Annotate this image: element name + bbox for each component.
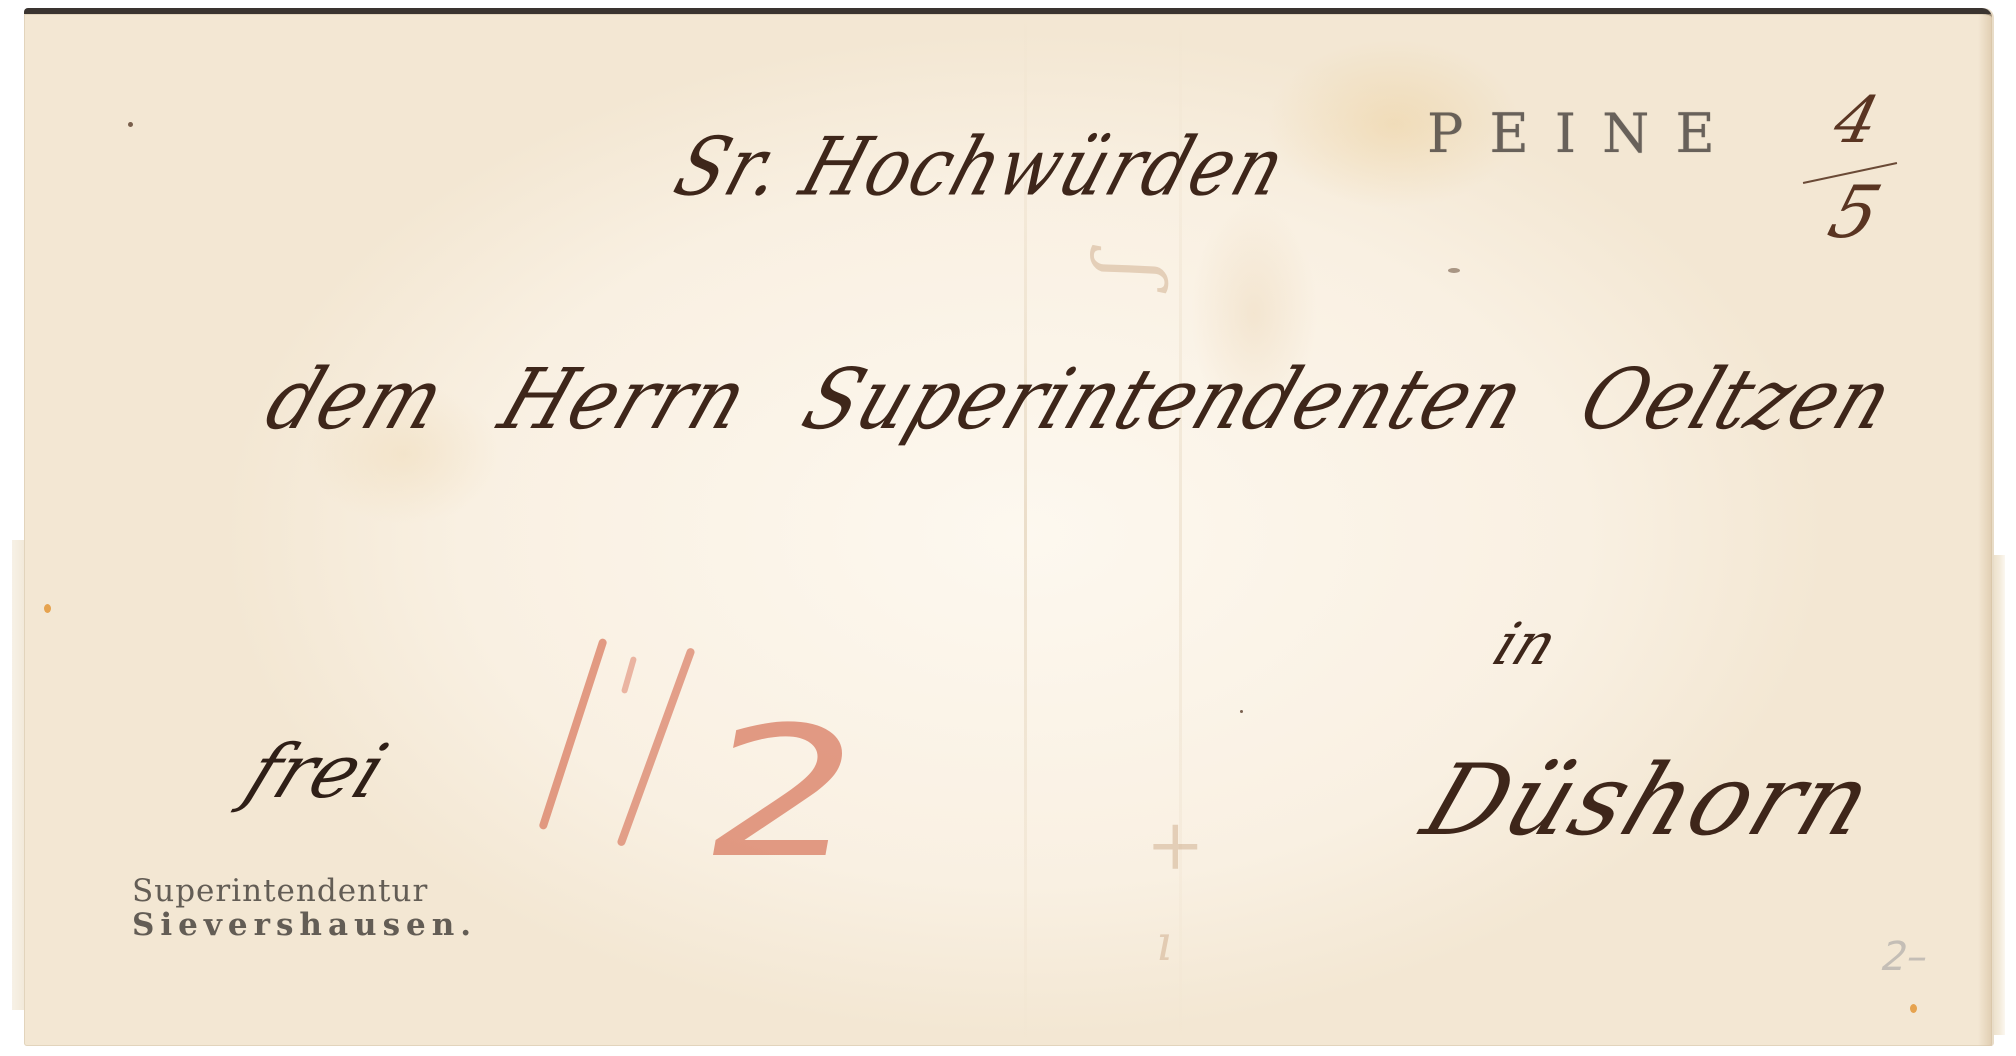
offset-show-through-mark: ʃ xyxy=(1088,260,1181,282)
worn-right-edge xyxy=(1978,14,1992,1046)
addressee-line: dem Herrn Superintendenten Oeltzen xyxy=(254,350,1947,448)
red-crayon-rate-marking: 2 1/2 xyxy=(494,614,914,874)
offset-show-through-mark: + xyxy=(1146,804,1205,886)
addressee-name: Oeltzen xyxy=(1568,350,1907,448)
pencil-note: 2– xyxy=(1876,934,1933,980)
rate-numerator: 4 xyxy=(1827,84,1886,158)
sender-stamp-line1: Superintendentur xyxy=(132,874,477,908)
postmark-peine: PEINE xyxy=(1427,102,1741,165)
addressee-word: dem xyxy=(254,350,458,448)
ink-speck xyxy=(128,122,133,127)
crayon-tick xyxy=(621,656,637,694)
rate-denominator: 5 xyxy=(1820,170,1890,254)
rust-speck xyxy=(1910,1004,1917,1013)
letter-cover: PEINE 4 5 ʃ + ı Sr. Hochwürden dem Herrn… xyxy=(24,8,1992,1046)
rust-speck xyxy=(44,604,51,613)
addressee-word: Herrn xyxy=(488,350,762,448)
crayon-stroke-one xyxy=(538,638,607,831)
destination-town: Düshorn xyxy=(1409,744,1889,858)
rate-fraction: 4 5 xyxy=(1814,84,1904,254)
addressee-title: Superintendenten xyxy=(791,350,1538,448)
ink-speck xyxy=(1448,268,1460,273)
sender-stamp: Superintendentur Sievershausen. xyxy=(132,874,477,942)
preposition-in: in xyxy=(1484,610,1567,678)
frei-note: frei xyxy=(234,729,399,815)
offset-show-through-mark: ı xyxy=(1156,914,1172,972)
crayon-two: 2 xyxy=(690,704,876,884)
scan-stage: PEINE 4 5 ʃ + ı Sr. Hochwürden dem Herrn… xyxy=(0,0,2016,1056)
back-flap-edge xyxy=(1990,555,2005,1035)
sender-stamp-line2: Sievershausen. xyxy=(132,908,477,942)
ink-speck xyxy=(1240,710,1243,713)
salutation: Sr. Hochwürden xyxy=(664,120,1298,214)
